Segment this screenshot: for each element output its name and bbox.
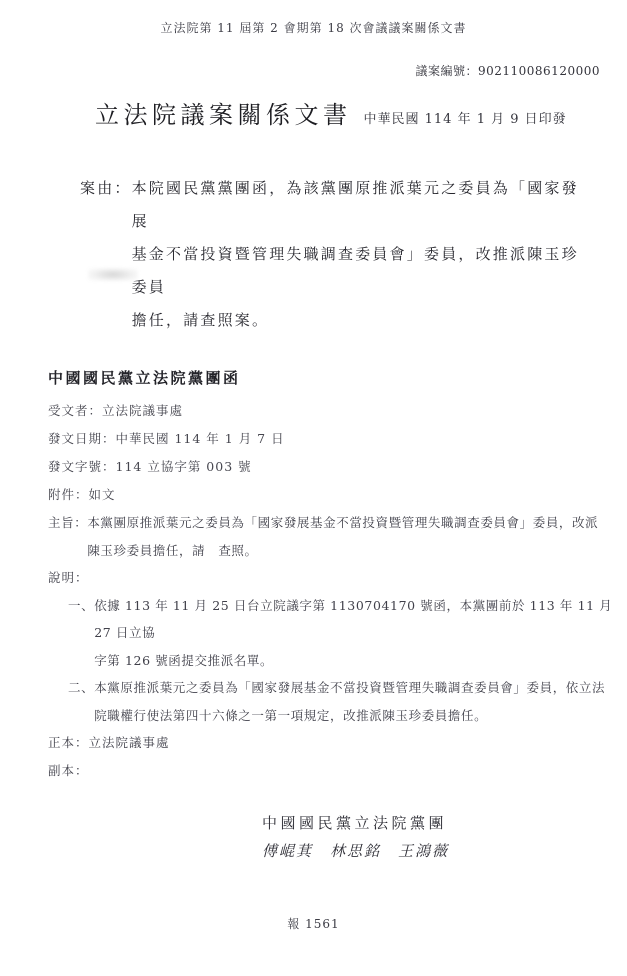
explanation-item-1-number: 一、 (68, 592, 94, 675)
session-header: 立法院第 11 屆第 2 會期第 18 次會議議案關係文書 (0, 0, 627, 36)
document-title: 立法院議案關係文書 (95, 95, 352, 130)
scan-smudge-artifact (88, 268, 138, 281)
explanation-item-2-number: 二、 (68, 674, 94, 729)
signatory-names: 傅崐萁 林思銘 王鴻薇 (262, 840, 627, 861)
explanation-item-1: 一、 依據 113 年 11 月 25 日台立院議字第 1130704170 號… (68, 592, 615, 675)
case-summary-line: 本院國民黨黨團函，為該黨團原推派葉元之委員為「國家發展 (132, 172, 587, 238)
case-summary-body: 本院國民黨黨團函，為該黨團原推派葉元之委員為「國家發展 基金不當投資暨管理失職調… (132, 172, 587, 337)
explanation-item-1-line: 依據 113 年 11 月 25 日台立院議字第 1130704170 號函，本… (94, 592, 615, 647)
subject-block: 主旨： 本黨團原推派葉元之委員為「國家發展基金不當投資暨管理失職調查委員會」委員… (48, 509, 611, 564)
explanation-label: 說明： (48, 564, 627, 592)
explanation-item-1-line: 字第 126 號函提交推派名單。 (94, 647, 615, 675)
explanation-item-2-line: 院職權行使法第四十六條之一第一項規定，改推派陳玉珍委員擔任。 (94, 702, 605, 730)
page-footer-number: 報 1561 (0, 915, 627, 932)
explanation-item-2-line: 本黨原推派葉元之委員為「國家發展基金不當投資暨管理失職調查委員會」委員，依立法 (94, 674, 605, 702)
letter-heading: 中國國民黨立法院黨團函 (48, 367, 627, 388)
ref-number-line: 發文字號：114 立協字第 003 號 (48, 453, 627, 481)
attachment-line: 附件：如文 (48, 481, 627, 509)
explanation-item-1-body: 依據 113 年 11 月 25 日台立院議字第 1130704170 號函，本… (94, 592, 615, 675)
signature-block: 中國國民黨立法院黨團 傅崐萁 林思銘 王鴻薇 (262, 812, 627, 861)
original-copy-line: 正本：立法院議事處 (48, 729, 627, 757)
print-date: 中華民國 114 年 1 月 9 日印發 (364, 108, 567, 127)
subject-body: 本黨團原推派葉元之委員為「國家發展基金不當投資暨管理失職調查委員會」委員，改派 … (87, 509, 598, 564)
case-summary: 案由： 本院國民黨黨團函，為該黨團原推派葉元之委員為「國家發展 基金不當投資暨管… (80, 172, 587, 337)
title-row: 立法院議案關係文書 中華民國 114 年 1 月 9 日印發 (95, 95, 627, 130)
case-summary-label: 案由： (80, 172, 132, 337)
subject-line: 本黨團原推派葉元之委員為「國家發展基金不當投資暨管理失職調查委員會」委員，改派 (87, 509, 598, 537)
issue-date-line: 發文日期：中華民國 114 年 1 月 7 日 (48, 425, 627, 453)
subject-line: 陳玉珍委員擔任，請 查照。 (87, 537, 598, 565)
document-page: 立法院第 11 屆第 2 會期第 18 次會議議案關係文書 議案編號：90211… (0, 0, 627, 976)
recipient-line: 受文者：立法院議事處 (48, 397, 627, 425)
duplicate-copy-line: 副本： (48, 757, 627, 785)
letter-meta: 受文者：立法院議事處 發文日期：中華民國 114 年 1 月 7 日 發文字號：… (48, 397, 627, 509)
signature-organization: 中國國民黨立法院黨團 (262, 812, 627, 833)
explanation-item-2-body: 本黨原推派葉元之委員為「國家發展基金不當投資暨管理失職調查委員會」委員，依立法 … (94, 674, 605, 729)
case-number: 議案編號：902110086120000 (0, 62, 627, 79)
case-summary-line: 基金不當投資暨管理失職調查委員會」委員，改推派陳玉珍委員 (132, 238, 587, 304)
explanation-item-2: 二、 本黨原推派葉元之委員為「國家發展基金不當投資暨管理失職調查委員會」委員，依… (68, 674, 615, 729)
case-summary-line: 擔任，請查照案。 (132, 304, 587, 337)
subject-label: 主旨： (48, 509, 87, 564)
